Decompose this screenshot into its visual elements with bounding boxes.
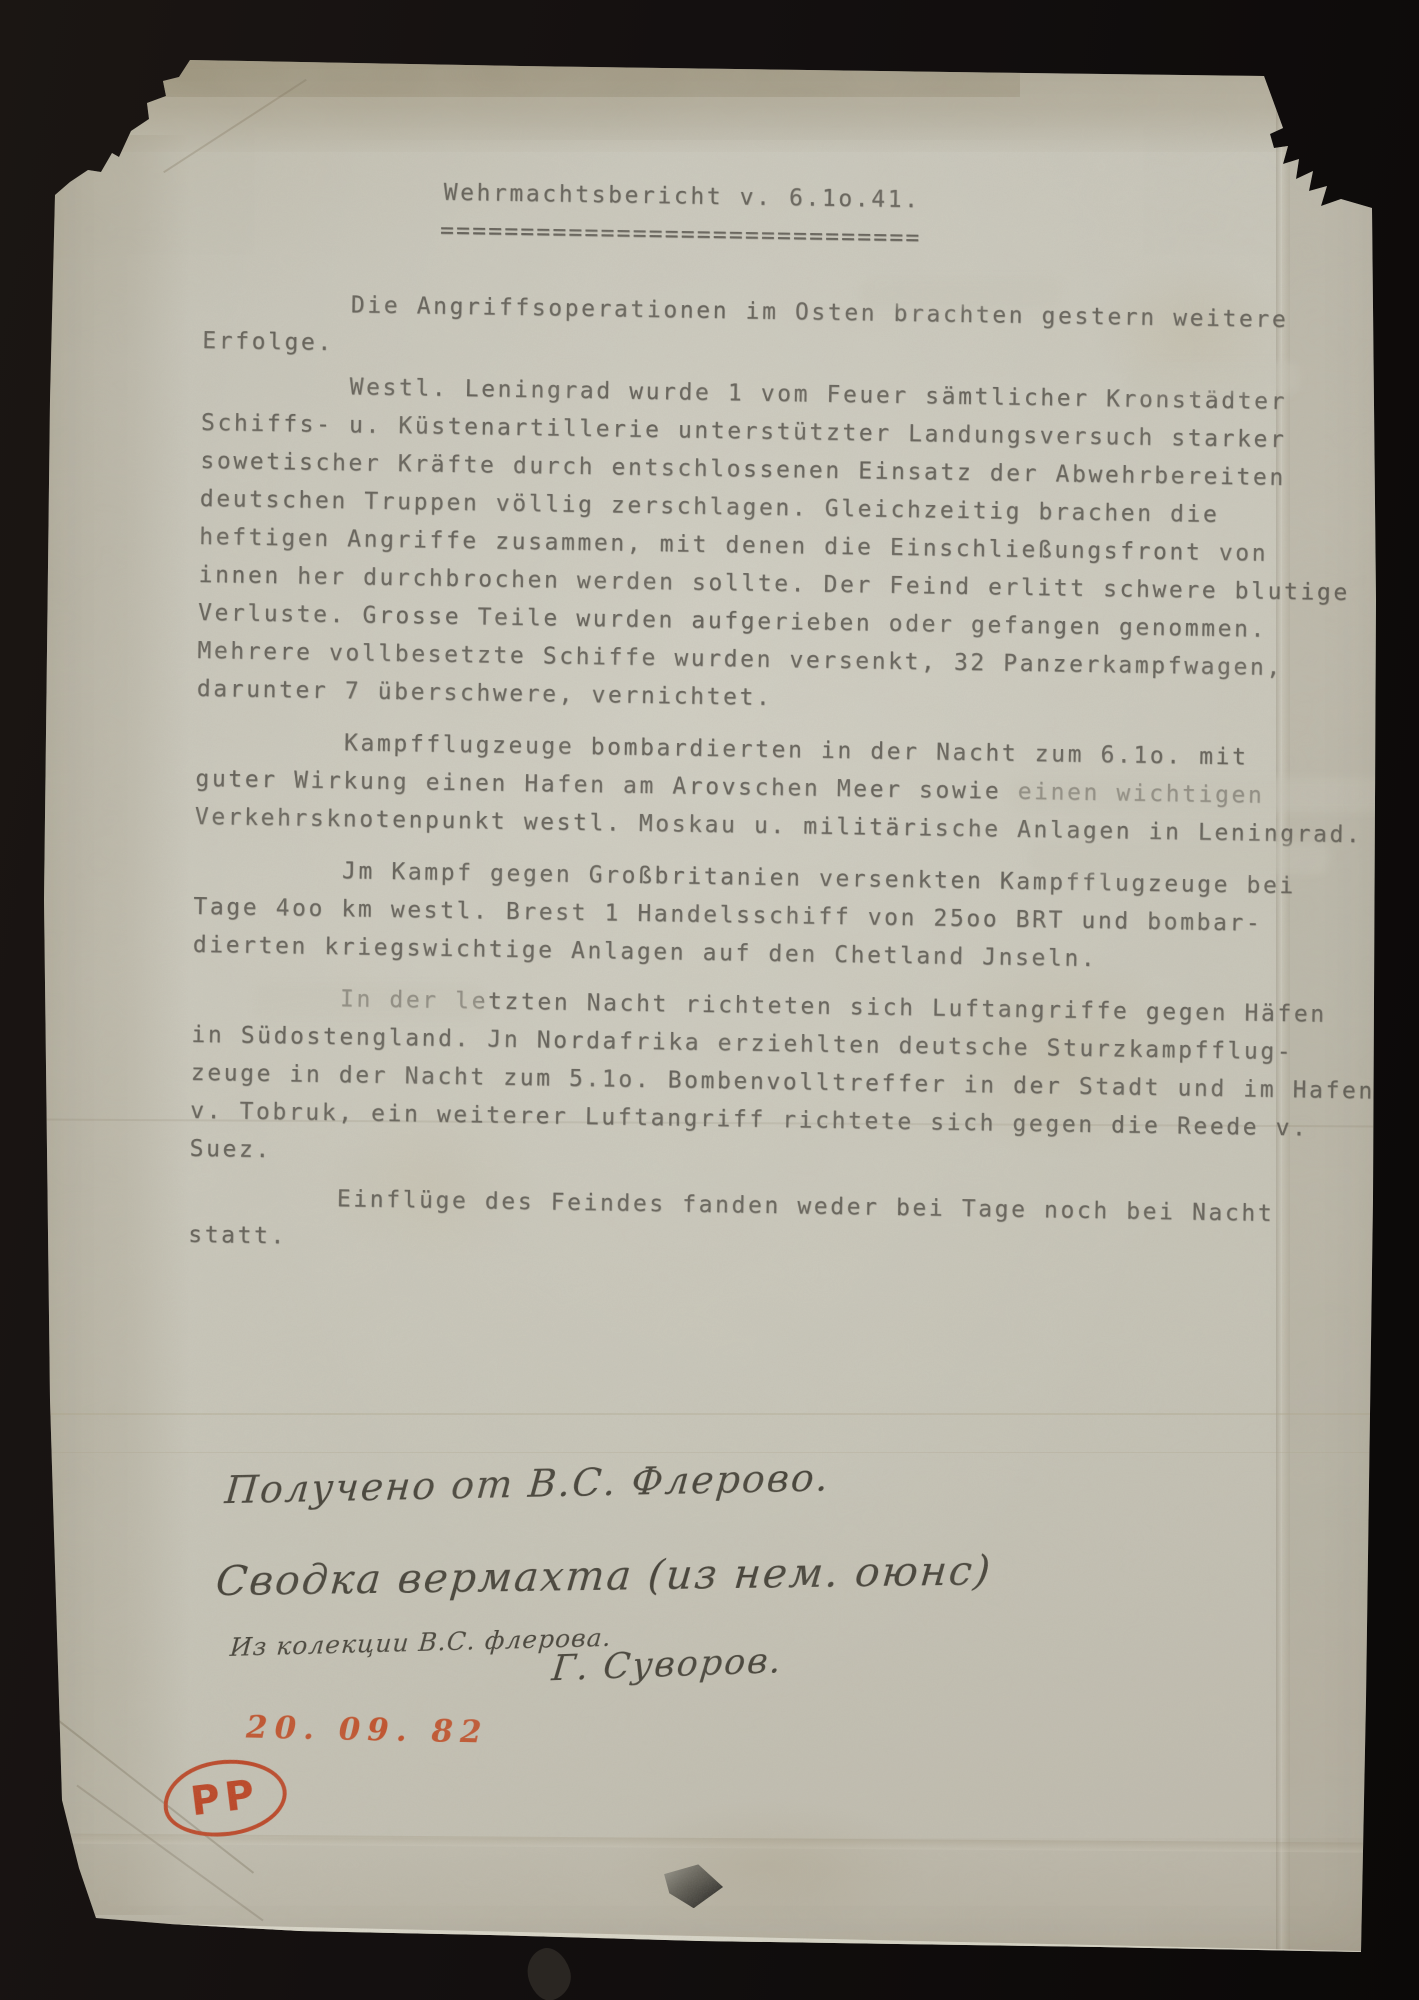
typed-paragraph: Die Angriffsoperationen im Osten brachte… [202, 284, 1418, 379]
scanned-page: { "scan": { "background_color": "#141010… [0, 0, 1419, 2000]
paper-stain [610, 1800, 930, 1930]
horizontal-fold-crease [44, 1833, 1374, 1852]
red-date-stamp: 20. 09. 82 [246, 1709, 489, 1750]
pp-stamp-label: PP [188, 1774, 261, 1822]
diagonal-crease [163, 79, 307, 173]
pp-oval-stamp: PP [159, 1753, 291, 1844]
typed-paragraph: Jm Kampf gegen Großbritanien versenkten … [193, 850, 1410, 983]
paper-bottom-band [0, 1838, 1419, 2000]
typed-paragraph: Kampfflugzeuge bombardierten in der Nach… [195, 722, 1412, 855]
paper-top-band [0, 0, 1419, 152]
paper-fragment [521, 1943, 577, 2000]
paper-tear [661, 1861, 725, 1911]
paper-left-margin-band [0, 135, 190, 1915]
document-body: Die Angriffsoperationen im Osten brachte… [188, 284, 1418, 1273]
horizontal-crease [44, 1413, 1374, 1415]
horizontal-crease [44, 1452, 1374, 1453]
paper-sheet: Wehrmachtsbericht v. 6.1o.41. ==========… [0, 0, 1419, 2000]
typed-paragraph: Einflüge des Feindes fanden weder bei Ta… [188, 1178, 1404, 1273]
typed-document: Wehrmachtsbericht v. 6.1o.41. ==========… [188, 170, 1419, 1273]
handwritten-note-summary: Сводка вермахта (из нем. оюнс) [214, 1547, 994, 1606]
top-edge-highlight [505, 60, 1020, 71]
handwritten-signature: Г. Суворов. [550, 1641, 785, 1689]
typed-paragraph: Westl. Leningrad wurde 1 vom Feuer sämtl… [197, 366, 1417, 727]
bottom-edge-highlight [168, 1924, 1363, 1956]
typed-paragraph: In der letzten Nacht richteten sich Luft… [189, 978, 1407, 1187]
handwritten-note-received: Получено от В.С. Флерово. [223, 1456, 832, 1513]
paper-top-band-shadow [150, 55, 1020, 97]
